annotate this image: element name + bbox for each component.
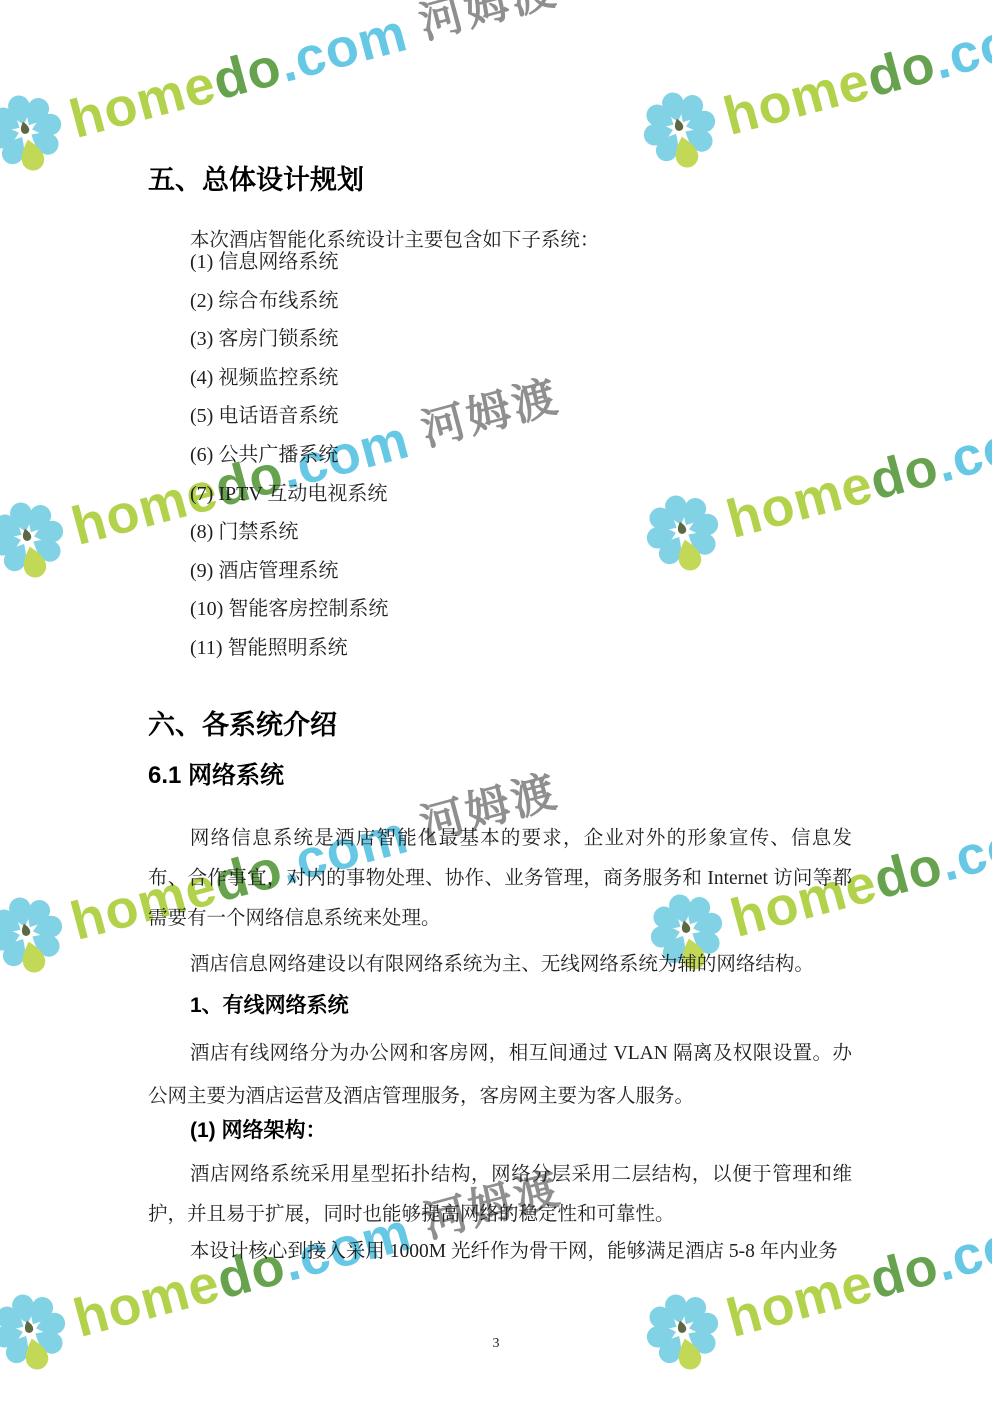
- list-item: (11) 智能照明系统: [190, 629, 894, 668]
- list-item: (4) 视频监控系统: [190, 359, 894, 398]
- para-topology: 酒店网络系统采用星型拓扑结构，网络分层采用二层结构，以便于管理和维护，并且易于扩…: [148, 1155, 852, 1235]
- list-item: (8) 门禁系统: [190, 513, 894, 552]
- list-item: (6) 公共广播系统: [190, 436, 894, 475]
- para-network-structure: 酒店信息网络建设以有限网络系统为主、无线网络系统为辅的网络结构。: [148, 945, 852, 985]
- list-item: (3) 客房门锁系统: [190, 320, 894, 359]
- wired-network-heading: 1、有线网络系统: [190, 993, 894, 1019]
- document-content: 五、总体设计规划 本次酒店智能化系统设计主要包含如下子系统： (1) 信息网络系…: [0, 0, 992, 1403]
- para-network-info: 网络信息系统是酒店智能化最基本的要求，企业对外的形象宣传、信息发布、合作事宜，对…: [148, 819, 852, 939]
- para-backbone: 本设计核心到接入采用 1000M 光纤作为骨干网，能够满足酒店 5-8 年内业务: [148, 1232, 852, 1272]
- list-item: (9) 酒店管理系统: [190, 552, 894, 591]
- list-item: (1) 信息网络系统: [190, 243, 894, 282]
- list-item: (2) 综合布线系统: [190, 282, 894, 321]
- list-item: (7) IPTV 互动电视系统: [190, 475, 894, 514]
- section-5-heading: 五、总体设计规划: [148, 164, 852, 196]
- section-6-heading: 六、各系统介绍: [148, 709, 852, 741]
- network-arch-heading: (1) 网络架构：: [190, 1118, 894, 1144]
- list-item: (10) 智能客房控制系统: [190, 590, 894, 629]
- subsystem-list: (1) 信息网络系统 (2) 综合布线系统 (3) 客房门锁系统 (4) 视频监…: [148, 243, 894, 668]
- page-number: 3: [0, 1336, 992, 1352]
- section-6-1-heading: 6.1 网络系统: [148, 761, 852, 791]
- list-item: (5) 电话语音系统: [190, 397, 894, 436]
- document-page: homedo.com河姆渡 homedo.com河姆渡 homedo.com河姆…: [0, 0, 992, 1403]
- para-wired-network: 酒店有线网络分为办公网和客房网，相互间通过 VLAN 隔离及权限设置。办公网主要…: [148, 1032, 852, 1118]
